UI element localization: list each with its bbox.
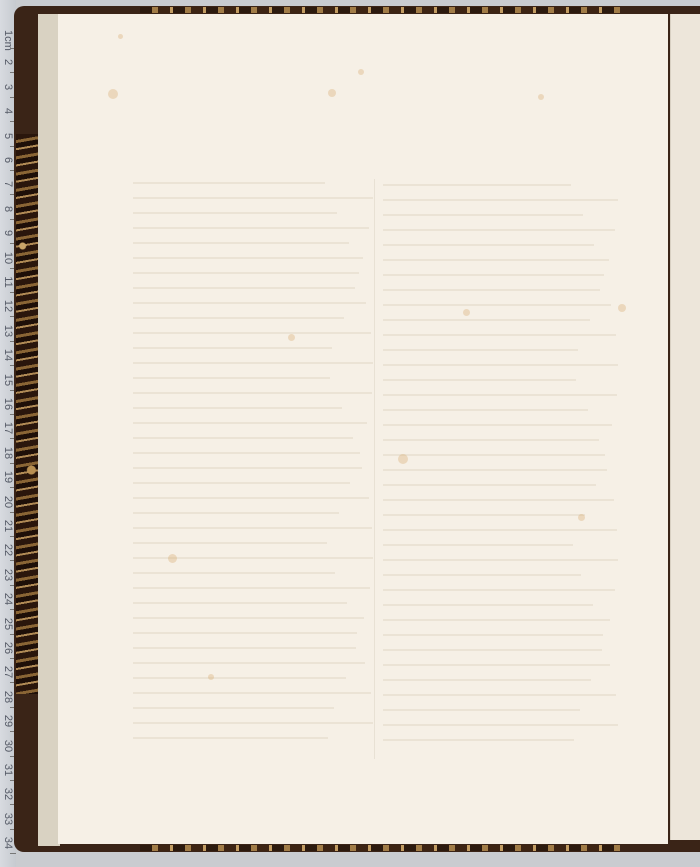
bleed-through-line bbox=[383, 364, 618, 366]
ruler-mark: 30 bbox=[2, 738, 14, 754]
bleed-through-line bbox=[133, 572, 335, 574]
foxing-spot bbox=[463, 309, 470, 316]
bleed-through-line bbox=[383, 349, 578, 351]
bleed-through-line bbox=[133, 467, 362, 469]
bleed-through-line bbox=[383, 319, 590, 321]
ruler-mark: 2 bbox=[2, 54, 14, 70]
bleed-through-line bbox=[383, 484, 596, 486]
bleed-through-column-left bbox=[133, 182, 373, 752]
ruler-mark: 8 bbox=[2, 201, 14, 217]
ruler-mark: 6 bbox=[2, 152, 14, 168]
bleed-through-line bbox=[133, 332, 371, 334]
bleed-through-column-right bbox=[383, 184, 618, 754]
bleed-through-line bbox=[383, 304, 611, 306]
ruler-mark: 1cm bbox=[2, 30, 14, 46]
ruler-mark: 12 bbox=[2, 298, 14, 314]
ruler-mark: 27 bbox=[2, 664, 14, 680]
bleed-through-line bbox=[133, 692, 371, 694]
bleed-through-line bbox=[133, 497, 369, 499]
bleed-through-line bbox=[383, 514, 585, 516]
ruler-mark: 5 bbox=[2, 128, 14, 144]
bleed-through-line bbox=[133, 707, 334, 709]
ruler-mark: 7 bbox=[2, 176, 14, 192]
bleed-through-line bbox=[383, 634, 603, 636]
blank-book-page bbox=[58, 14, 668, 844]
bleed-through-line bbox=[383, 469, 607, 471]
ruler-mark: 29 bbox=[2, 713, 14, 729]
bleed-through-line bbox=[133, 227, 369, 229]
ruler-mark: 19 bbox=[2, 469, 14, 485]
ruler-mark: 11 bbox=[2, 274, 14, 290]
foxing-spot bbox=[578, 514, 585, 521]
bleed-through-line bbox=[383, 424, 612, 426]
bleed-through-line bbox=[133, 197, 373, 199]
bleed-through-line bbox=[133, 482, 350, 484]
ruler-mark: 16 bbox=[2, 396, 14, 412]
bleed-through-line bbox=[133, 377, 330, 379]
ruler-mark: 4 bbox=[2, 103, 14, 119]
bleed-through-line bbox=[383, 694, 616, 696]
bleed-through-line bbox=[383, 499, 614, 501]
bleed-through-line bbox=[383, 214, 583, 216]
bleed-through-line bbox=[383, 544, 573, 546]
ruler-tick bbox=[10, 853, 16, 854]
ruler-mark: 23 bbox=[2, 567, 14, 583]
bleed-through-line bbox=[133, 422, 367, 424]
foxing-spot bbox=[108, 89, 118, 99]
bleed-through-line bbox=[133, 542, 327, 544]
bleed-through-line bbox=[133, 587, 370, 589]
foxing-spot bbox=[538, 94, 544, 100]
bleed-through-line bbox=[133, 392, 372, 394]
bleed-through-line bbox=[383, 244, 594, 246]
bleed-through-line bbox=[133, 737, 328, 739]
ruler-mark: 15 bbox=[2, 372, 14, 388]
ruler-mark: 14 bbox=[2, 347, 14, 363]
ruler-mark: 28 bbox=[2, 689, 14, 705]
bleed-through-line bbox=[133, 317, 344, 319]
bleed-through-line bbox=[383, 439, 599, 441]
bleed-through-line bbox=[133, 212, 337, 214]
foxing-spot bbox=[208, 674, 214, 680]
endpaper-strip bbox=[38, 14, 60, 846]
bleed-through-line bbox=[383, 574, 581, 576]
bleed-through-line bbox=[133, 272, 359, 274]
bleed-through-line bbox=[383, 619, 610, 621]
bleed-through-line bbox=[383, 739, 574, 741]
adjacent-page-edge bbox=[670, 14, 700, 840]
bleed-through-line bbox=[133, 632, 357, 634]
bleed-through-line bbox=[133, 287, 355, 289]
bleed-through-line bbox=[383, 259, 609, 261]
bleed-through-line bbox=[383, 289, 600, 291]
bleed-through-line bbox=[383, 529, 617, 531]
ruler-mark: 21 bbox=[2, 518, 14, 534]
bleed-through-line bbox=[133, 257, 363, 259]
marbled-bottom-edge bbox=[140, 845, 620, 851]
foxing-spot bbox=[328, 89, 336, 97]
bleed-through-line bbox=[383, 394, 617, 396]
ruler-mark: 20 bbox=[2, 494, 14, 510]
foxing-spot bbox=[288, 334, 295, 341]
bleed-through-line bbox=[383, 604, 593, 606]
bleed-through-line bbox=[133, 617, 364, 619]
bleed-through-line bbox=[133, 527, 372, 529]
ruler-mark: 10 bbox=[2, 250, 14, 266]
ruler-mark: 34 bbox=[2, 835, 14, 851]
bleed-through-line bbox=[133, 662, 365, 664]
bleed-through-line bbox=[133, 647, 356, 649]
ruler-mark: 25 bbox=[2, 616, 14, 632]
bleed-through-line bbox=[133, 722, 373, 724]
bleed-through-line bbox=[133, 347, 332, 349]
column-divider bbox=[374, 179, 375, 759]
foxing-spot bbox=[358, 69, 364, 75]
foxing-spot bbox=[398, 454, 408, 464]
bleed-through-line bbox=[383, 649, 602, 651]
ruler-mark: 31 bbox=[2, 762, 14, 778]
ruler-mark: 32 bbox=[2, 786, 14, 802]
foxing-spot bbox=[168, 554, 177, 563]
ruler-mark: 18 bbox=[2, 445, 14, 461]
bleed-through-line bbox=[383, 199, 618, 201]
bleed-through-line bbox=[383, 589, 615, 591]
bleed-through-line bbox=[383, 334, 616, 336]
bleed-through-line bbox=[383, 229, 615, 231]
bleed-through-line bbox=[383, 709, 580, 711]
marbled-spine bbox=[16, 134, 38, 694]
bleed-through-line bbox=[383, 559, 618, 561]
bleed-through-line bbox=[383, 409, 588, 411]
ruler-mark: 13 bbox=[2, 323, 14, 339]
ruler-mark: 22 bbox=[2, 542, 14, 558]
bleed-through-line bbox=[133, 452, 360, 454]
marbled-top-edge bbox=[140, 7, 620, 13]
bleed-through-line bbox=[383, 184, 571, 186]
bleed-through-line bbox=[133, 362, 373, 364]
bleed-through-line bbox=[133, 512, 339, 514]
bleed-through-line bbox=[383, 724, 618, 726]
ruler-mark: 26 bbox=[2, 640, 14, 656]
ruler-mark: 3 bbox=[2, 79, 14, 95]
bleed-through-line bbox=[133, 602, 347, 604]
bleed-through-line bbox=[133, 182, 325, 184]
bleed-through-line bbox=[133, 407, 342, 409]
ruler-mark: 33 bbox=[2, 811, 14, 827]
bleed-through-line bbox=[133, 242, 349, 244]
ruler-mark: 17 bbox=[2, 420, 14, 436]
bleed-through-line bbox=[383, 454, 605, 456]
foxing-spot bbox=[118, 34, 123, 39]
ruler-mark: 24 bbox=[2, 591, 14, 607]
ruler-mark: 9 bbox=[2, 225, 14, 241]
bleed-through-line bbox=[383, 379, 576, 381]
bleed-through-line bbox=[383, 679, 591, 681]
bleed-through-line bbox=[383, 274, 604, 276]
bleed-through-line bbox=[133, 437, 353, 439]
bleed-through-line bbox=[133, 302, 366, 304]
bleed-through-line bbox=[133, 677, 346, 679]
bleed-through-line bbox=[383, 664, 610, 666]
foxing-spot bbox=[618, 304, 626, 312]
